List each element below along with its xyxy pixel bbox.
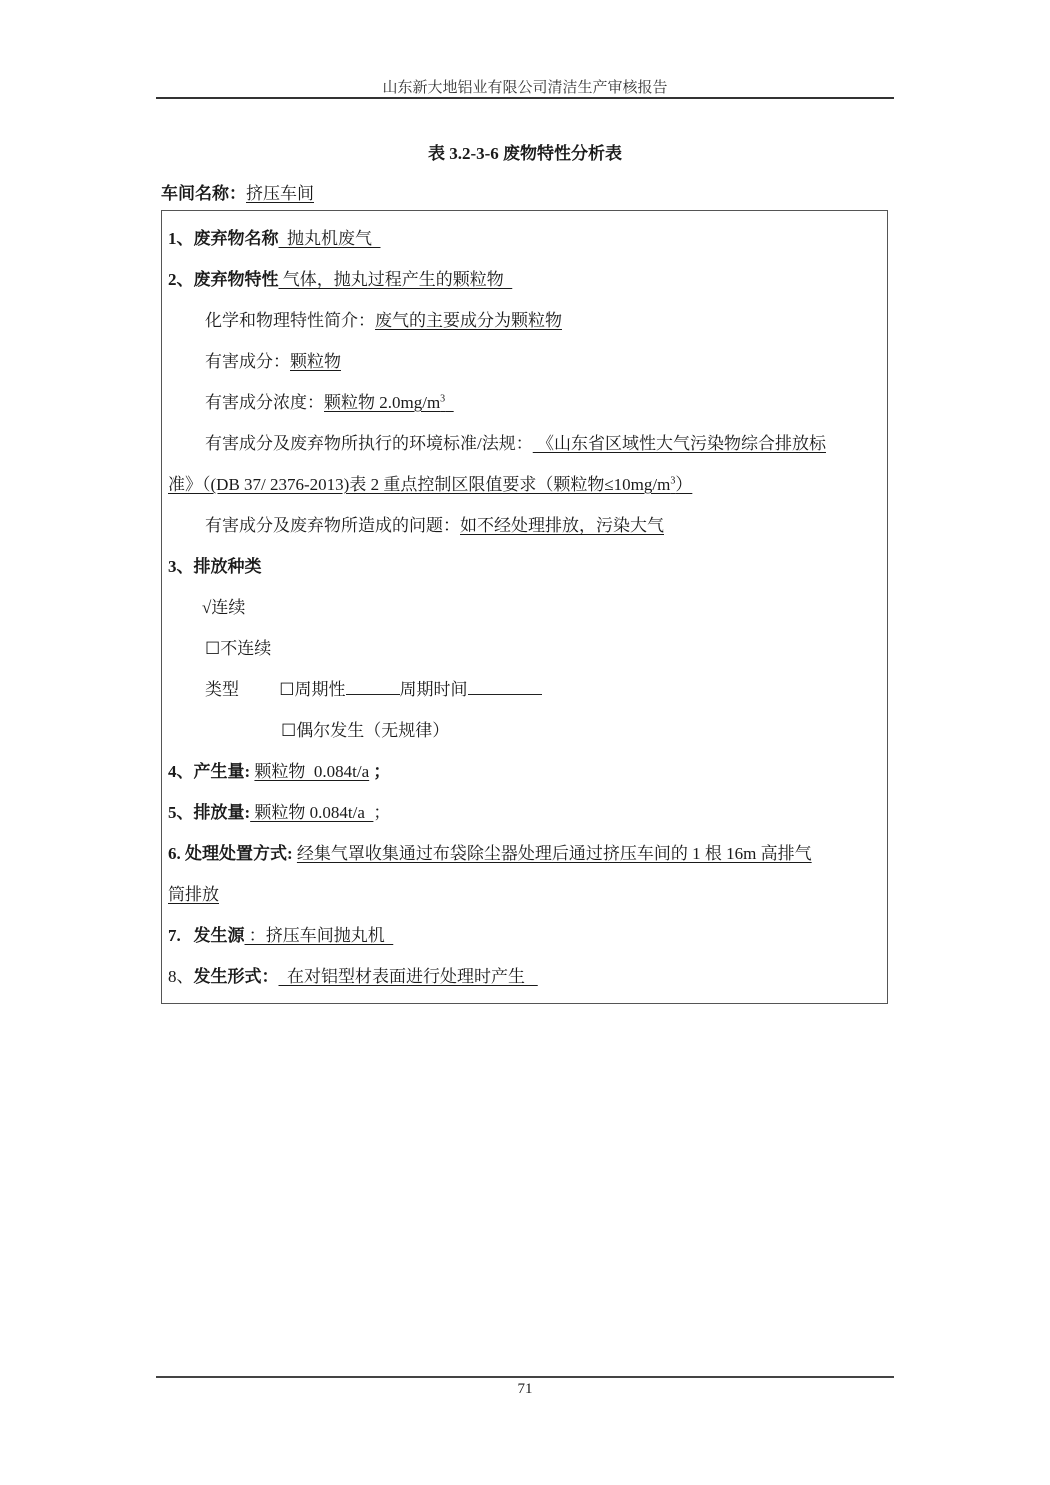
waste-property-row: 2、废弃物特性 气体，抛丸过程产生的颗粒物 (168, 269, 512, 291)
generation-suffix: ； (369, 762, 390, 781)
standard-value-line2: 准》（(DB 37/ 2376-2013)表 2 重点控制区限值要求（颗粒物≤1… (168, 475, 670, 494)
emission-row: 5、排放量: 颗粒物 0.084t/a ； (168, 802, 390, 824)
waste-property-label: 2、废弃物特性 (168, 270, 279, 289)
generation-row: 4、产生量: 颗粒物 0.084t/a ； (168, 761, 390, 783)
report-header-title: 山东新大地铝业有限公司清洁生产审核报告 (156, 76, 894, 97)
hazard-label: 有害成分： (205, 352, 290, 371)
form-value: 在对铝型材表面进行处理时产生 (279, 967, 538, 986)
standard-value-line2-wrap: 准》（(DB 37/ 2376-2013)表 2 重点控制区限值要求（颗粒物≤1… (168, 475, 692, 494)
problem-value: 如不经处理排放，污染大气 (460, 516, 664, 535)
standard-row-2: 准》（(DB 37/ 2376-2013)表 2 重点控制区限值要求（颗粒物≤1… (168, 474, 692, 496)
type-label: 类型 (205, 680, 239, 699)
table-title: 表 3.2-3-6 废物特性分析表 (156, 139, 894, 164)
treatment-label: 6. 处理处置方式: (168, 844, 293, 863)
treatment-value-line2: 筒排放 (168, 885, 219, 904)
hazard-row: 有害成分：颗粒物 (205, 351, 341, 373)
form-row: 8、发生形式： 在对铝型材表面进行处理时产生 (168, 966, 538, 988)
generation-value: 颗粒物 0.084t/a (254, 762, 369, 781)
period-time-blank[interactable] (468, 680, 542, 695)
header-divider (156, 97, 894, 99)
workshop-value: 挤压车间 (246, 184, 314, 203)
periodic-option[interactable]: ☐周期性 (279, 680, 345, 699)
periodic-blank[interactable] (346, 680, 400, 695)
hazard-conc-row: 有害成分浓度：颗粒物 2.0mg/m3 (205, 392, 454, 414)
generation-label: 4、产生量: (168, 762, 250, 781)
chem-phys-value: 废气的主要成分为颗粒物 (375, 311, 562, 330)
hazard-conc-label: 有害成分浓度： (205, 393, 324, 412)
waste-name-row: 1、废弃物名称 抛丸机废气 (168, 228, 381, 250)
problem-label: 有害成分及废弃物所造成的问题： (205, 516, 460, 535)
workshop-name-row: 车间名称：挤压车间 (161, 179, 314, 204)
hazard-value: 颗粒物 (290, 352, 341, 371)
chem-phys-row: 化学和物理特性简介：废气的主要成分为颗粒物 (205, 310, 562, 332)
type-row: 类型 ☐周期性周期时间 (205, 679, 542, 701)
form-label: 发生形式： (194, 967, 279, 986)
emission-suffix: ； (373, 803, 390, 822)
source-label: 7. 发生源 (168, 926, 245, 945)
source-row: 7. 发生源 ：挤压车间抛丸机 (168, 925, 393, 947)
standard-row-1: 有害成分及废弃物所执行的环境标准/法规： 《山东省区域性大气污染物综合排放标 (205, 433, 826, 455)
period-time-label: 周期时间 (400, 680, 468, 699)
hazard-conc-value-wrap: 颗粒物 2.0mg/m3 (324, 393, 454, 412)
waste-name-label: 1、废弃物名称 (168, 229, 279, 248)
discharge-type-label: 3、排放种类 (168, 556, 262, 578)
continuous-option[interactable]: √连续 (202, 597, 245, 619)
waste-property-value: 气体，抛丸过程产生的颗粒物 (279, 270, 513, 289)
occasional-option[interactable]: ☐偶尔发生（无规律） (281, 720, 449, 742)
problem-row: 有害成分及废弃物所造成的问题：如不经处理排放，污染大气 (205, 515, 664, 537)
hazard-conc-sup: 3 (440, 393, 445, 404)
waste-name-value: 抛丸机废气 (279, 229, 381, 248)
treatment-value-line1: 经集气罩收集通过布袋除尘器处理后通过挤压车间的 1 根 16m 高排气 (297, 844, 812, 863)
standard-value-line1: 《山东省区域性大气污染物综合排放标 (533, 434, 826, 453)
form-label-num: 8、 (168, 967, 194, 986)
source-value: ：挤压车间抛丸机 (245, 926, 394, 945)
hazard-conc-value: 颗粒物 2.0mg/m (324, 393, 440, 412)
treatment-row-2: 筒排放 (168, 884, 219, 906)
standard-label: 有害成分及废弃物所执行的环境标准/法规： (205, 434, 533, 453)
workshop-label: 车间名称： (161, 184, 246, 203)
page-number: 71 (156, 1381, 894, 1398)
emission-label: 5、排放量: (168, 803, 250, 822)
waste-analysis-table: 1、废弃物名称 抛丸机废气 2、废弃物特性 气体，抛丸过程产生的颗粒物 化学和物… (161, 210, 888, 1004)
footer-divider (156, 1376, 894, 1378)
treatment-row-1: 6. 处理处置方式: 经集气罩收集通过布袋除尘器处理后通过挤压车间的 1 根 1… (168, 843, 812, 865)
discontinuous-option[interactable]: ☐不连续 (205, 638, 271, 660)
chem-phys-label: 化学和物理特性简介： (205, 311, 375, 330)
emission-value: 颗粒物 0.084t/a (250, 803, 373, 822)
standard-tail: ） (675, 475, 692, 494)
